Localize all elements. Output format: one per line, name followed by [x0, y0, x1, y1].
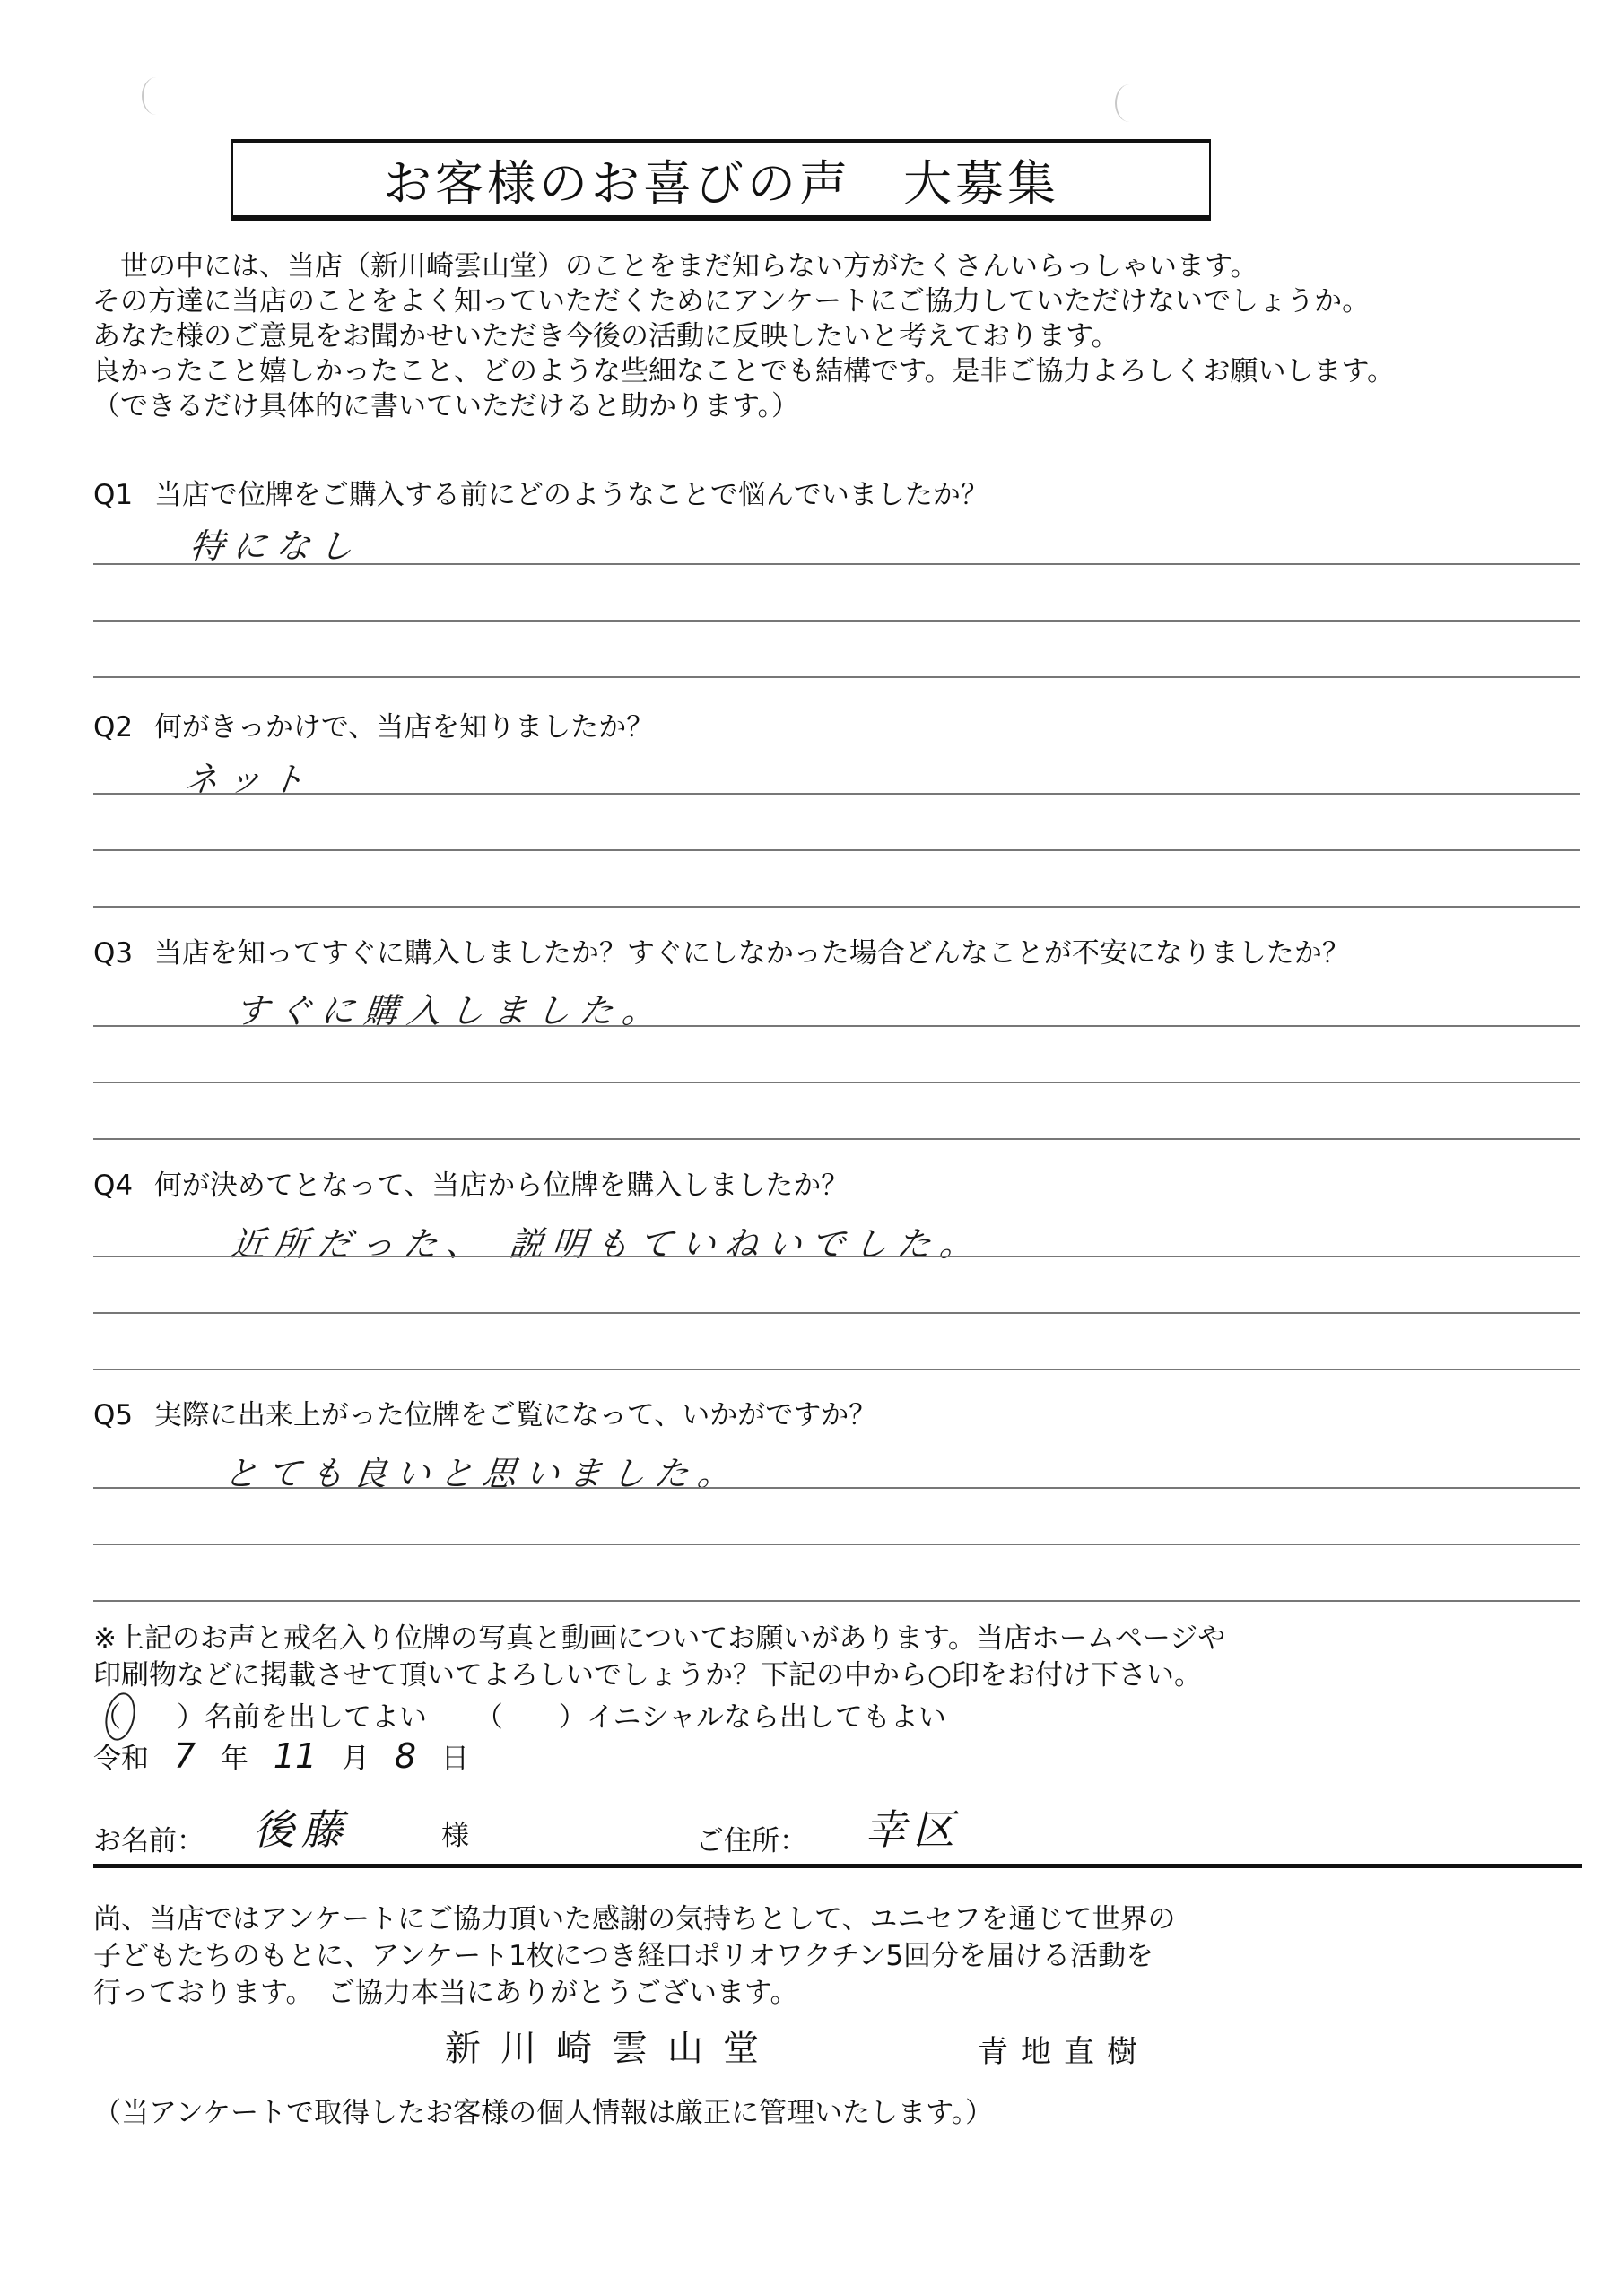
- note-line: 印刷物などに掲載させて頂いてよろしいでしょうか？下記の中から○印をお付け下さい。: [93, 1657, 1225, 1694]
- name-value[interactable]: 後藤: [253, 1797, 350, 1857]
- address-label: ご住所：: [696, 1818, 807, 1858]
- option-name-label: （ ）名前を出してよい: [93, 1701, 427, 1734]
- permission-options: （ ）名前を出してよい （ ）イニシャルなら出してもよい: [93, 1694, 946, 1735]
- month-label: 月: [342, 1743, 370, 1775]
- signer-name: 青地直樹: [978, 2027, 1150, 2071]
- question-number: Q5: [93, 1399, 145, 1431]
- year-label: 年: [221, 1743, 248, 1775]
- question-number: Q4: [93, 1170, 145, 1202]
- question-3: Q3 当店を知ってすぐに購入しましたか？すぐにしなかった場合どんなことが不安にな…: [93, 930, 1350, 970]
- question-2: Q2 何がきっかけで、当店を知りましたか？: [93, 704, 654, 744]
- question-text: 当店で位牌をご購入する前にどのようなことで悩んでいましたか？: [154, 479, 988, 511]
- honorific-label: 様: [441, 1813, 469, 1853]
- answer-line: [93, 1544, 1580, 1545]
- question-number: Q3: [93, 937, 145, 970]
- question-text: 実際に出来上がった位牌をご覧になって、いかがですか？: [154, 1399, 876, 1431]
- answer-1[interactable]: 特になし: [187, 518, 365, 568]
- date-row: 令和 7 年 11 月 8 日: [93, 1735, 469, 1776]
- intro-line: 世の中には、当店（新川崎雲山堂）のことをまだ知らない方がたくさんいらっしゃいます…: [92, 249, 1395, 284]
- answer-line: [93, 1600, 1580, 1602]
- answer-line: [93, 620, 1580, 622]
- day-value[interactable]: 8: [395, 1736, 416, 1776]
- era-label: 令和: [93, 1743, 149, 1775]
- page-title: お客様のお喜びの声 大募集: [383, 145, 1059, 214]
- closing-line: 尚、当店ではアンケートにご協力頂いた感謝の気持ちとして、ユニセフを通じて世界の: [93, 1901, 1176, 1938]
- answer-line: [93, 676, 1580, 678]
- answer-line: [93, 1312, 1580, 1314]
- answer-line: [93, 563, 1580, 565]
- privacy-note: （当アンケートで取得したお客様の個人情報は厳正に管理いたします。）: [93, 2090, 993, 2130]
- question-4: Q4 何が決めてとなって、当店から位牌を購入しましたか？: [93, 1162, 849, 1203]
- closing-paragraph: 尚、当店ではアンケートにご協力頂いた感謝の気持ちとして、ユニセフを通じて世界の …: [93, 1901, 1176, 2012]
- address-value[interactable]: 幸区: [865, 1797, 962, 1857]
- hole-punch-mark-left: [142, 77, 170, 115]
- question-number: Q2: [93, 711, 145, 744]
- answer-line: [93, 1256, 1580, 1257]
- question-5: Q5 実際に出来上がった位牌をご覧になって、いかがですか？: [93, 1392, 876, 1432]
- answer-line: [93, 1138, 1580, 1140]
- answer-line: [93, 1487, 1580, 1489]
- option-name-ok[interactable]: （ ）名前を出してよい: [93, 1694, 427, 1735]
- day-label: 日: [441, 1743, 469, 1775]
- closing-line: 子どもたちのもとに、アンケート1枚につき経口ポリオワクチン5回分を届ける活動を: [93, 1938, 1176, 1975]
- intro-line: （できるだけ具体的に書いていただけると助かります。）: [92, 389, 1395, 424]
- answer-4[interactable]: 近所だった、 説明もていねいでした。: [229, 1216, 986, 1265]
- customer-info-row: お名前： 後藤 様 ご住所： 幸区: [93, 1805, 1582, 1867]
- question-1: Q1 当店で位牌をご購入する前にどのようなことで悩んでいましたか？: [93, 472, 988, 512]
- answer-line: [93, 1082, 1580, 1083]
- answer-line: [93, 906, 1580, 908]
- intro-line: その方達に当店のことをよく知っていただくためにアンケートにご協力していただけない…: [92, 284, 1395, 319]
- answer-line: [93, 793, 1580, 795]
- divider: [93, 1864, 1582, 1868]
- question-text: 当店を知ってすぐに購入しましたか？すぐにしなかった場合どんなことが不安になりまし…: [154, 937, 1350, 970]
- year-value[interactable]: 7: [174, 1736, 196, 1776]
- intro-line: あなた様のご意見をお聞かせいただき今後の活動に反映したいと考えております。: [92, 319, 1395, 354]
- permission-note: ※上記のお声と戒名入り位牌の写真と動画についてお願いがあります。当店ホームページ…: [93, 1621, 1225, 1694]
- shop-name: 新川崎雲山堂: [445, 2020, 779, 2071]
- intro-line: 良かったこと嬉しかったこと、どのような些細なことでも結構です。是非ご協力よろしく…: [92, 354, 1395, 389]
- option-initial-ok[interactable]: （ ）イニシャルなら出してもよい: [475, 1701, 946, 1734]
- answer-line: [93, 849, 1580, 851]
- question-number: Q1: [93, 479, 145, 511]
- intro-paragraph: 世の中には、当店（新川崎雲山堂）のことをまだ知らない方がたくさんいらっしゃいます…: [92, 249, 1395, 424]
- note-line: ※上記のお声と戒名入り位牌の写真と動画についてお願いがあります。当店ホームページ…: [93, 1621, 1225, 1657]
- answer-line: [93, 1025, 1580, 1027]
- month-value[interactable]: 11: [274, 1736, 317, 1776]
- closing-line: 行っております。 ご協力本当にありがとうございます。: [93, 1975, 1176, 2012]
- hole-punch-mark-right: [1115, 84, 1144, 122]
- answer-line: [93, 1369, 1580, 1370]
- name-label: お名前：: [93, 1818, 205, 1858]
- question-text: 何がきっかけで、当店を知りましたか？: [154, 711, 654, 744]
- question-text: 何が決めてとなって、当店から位牌を購入しましたか？: [154, 1170, 849, 1202]
- title-box: お客様のお喜びの声 大募集: [231, 139, 1211, 221]
